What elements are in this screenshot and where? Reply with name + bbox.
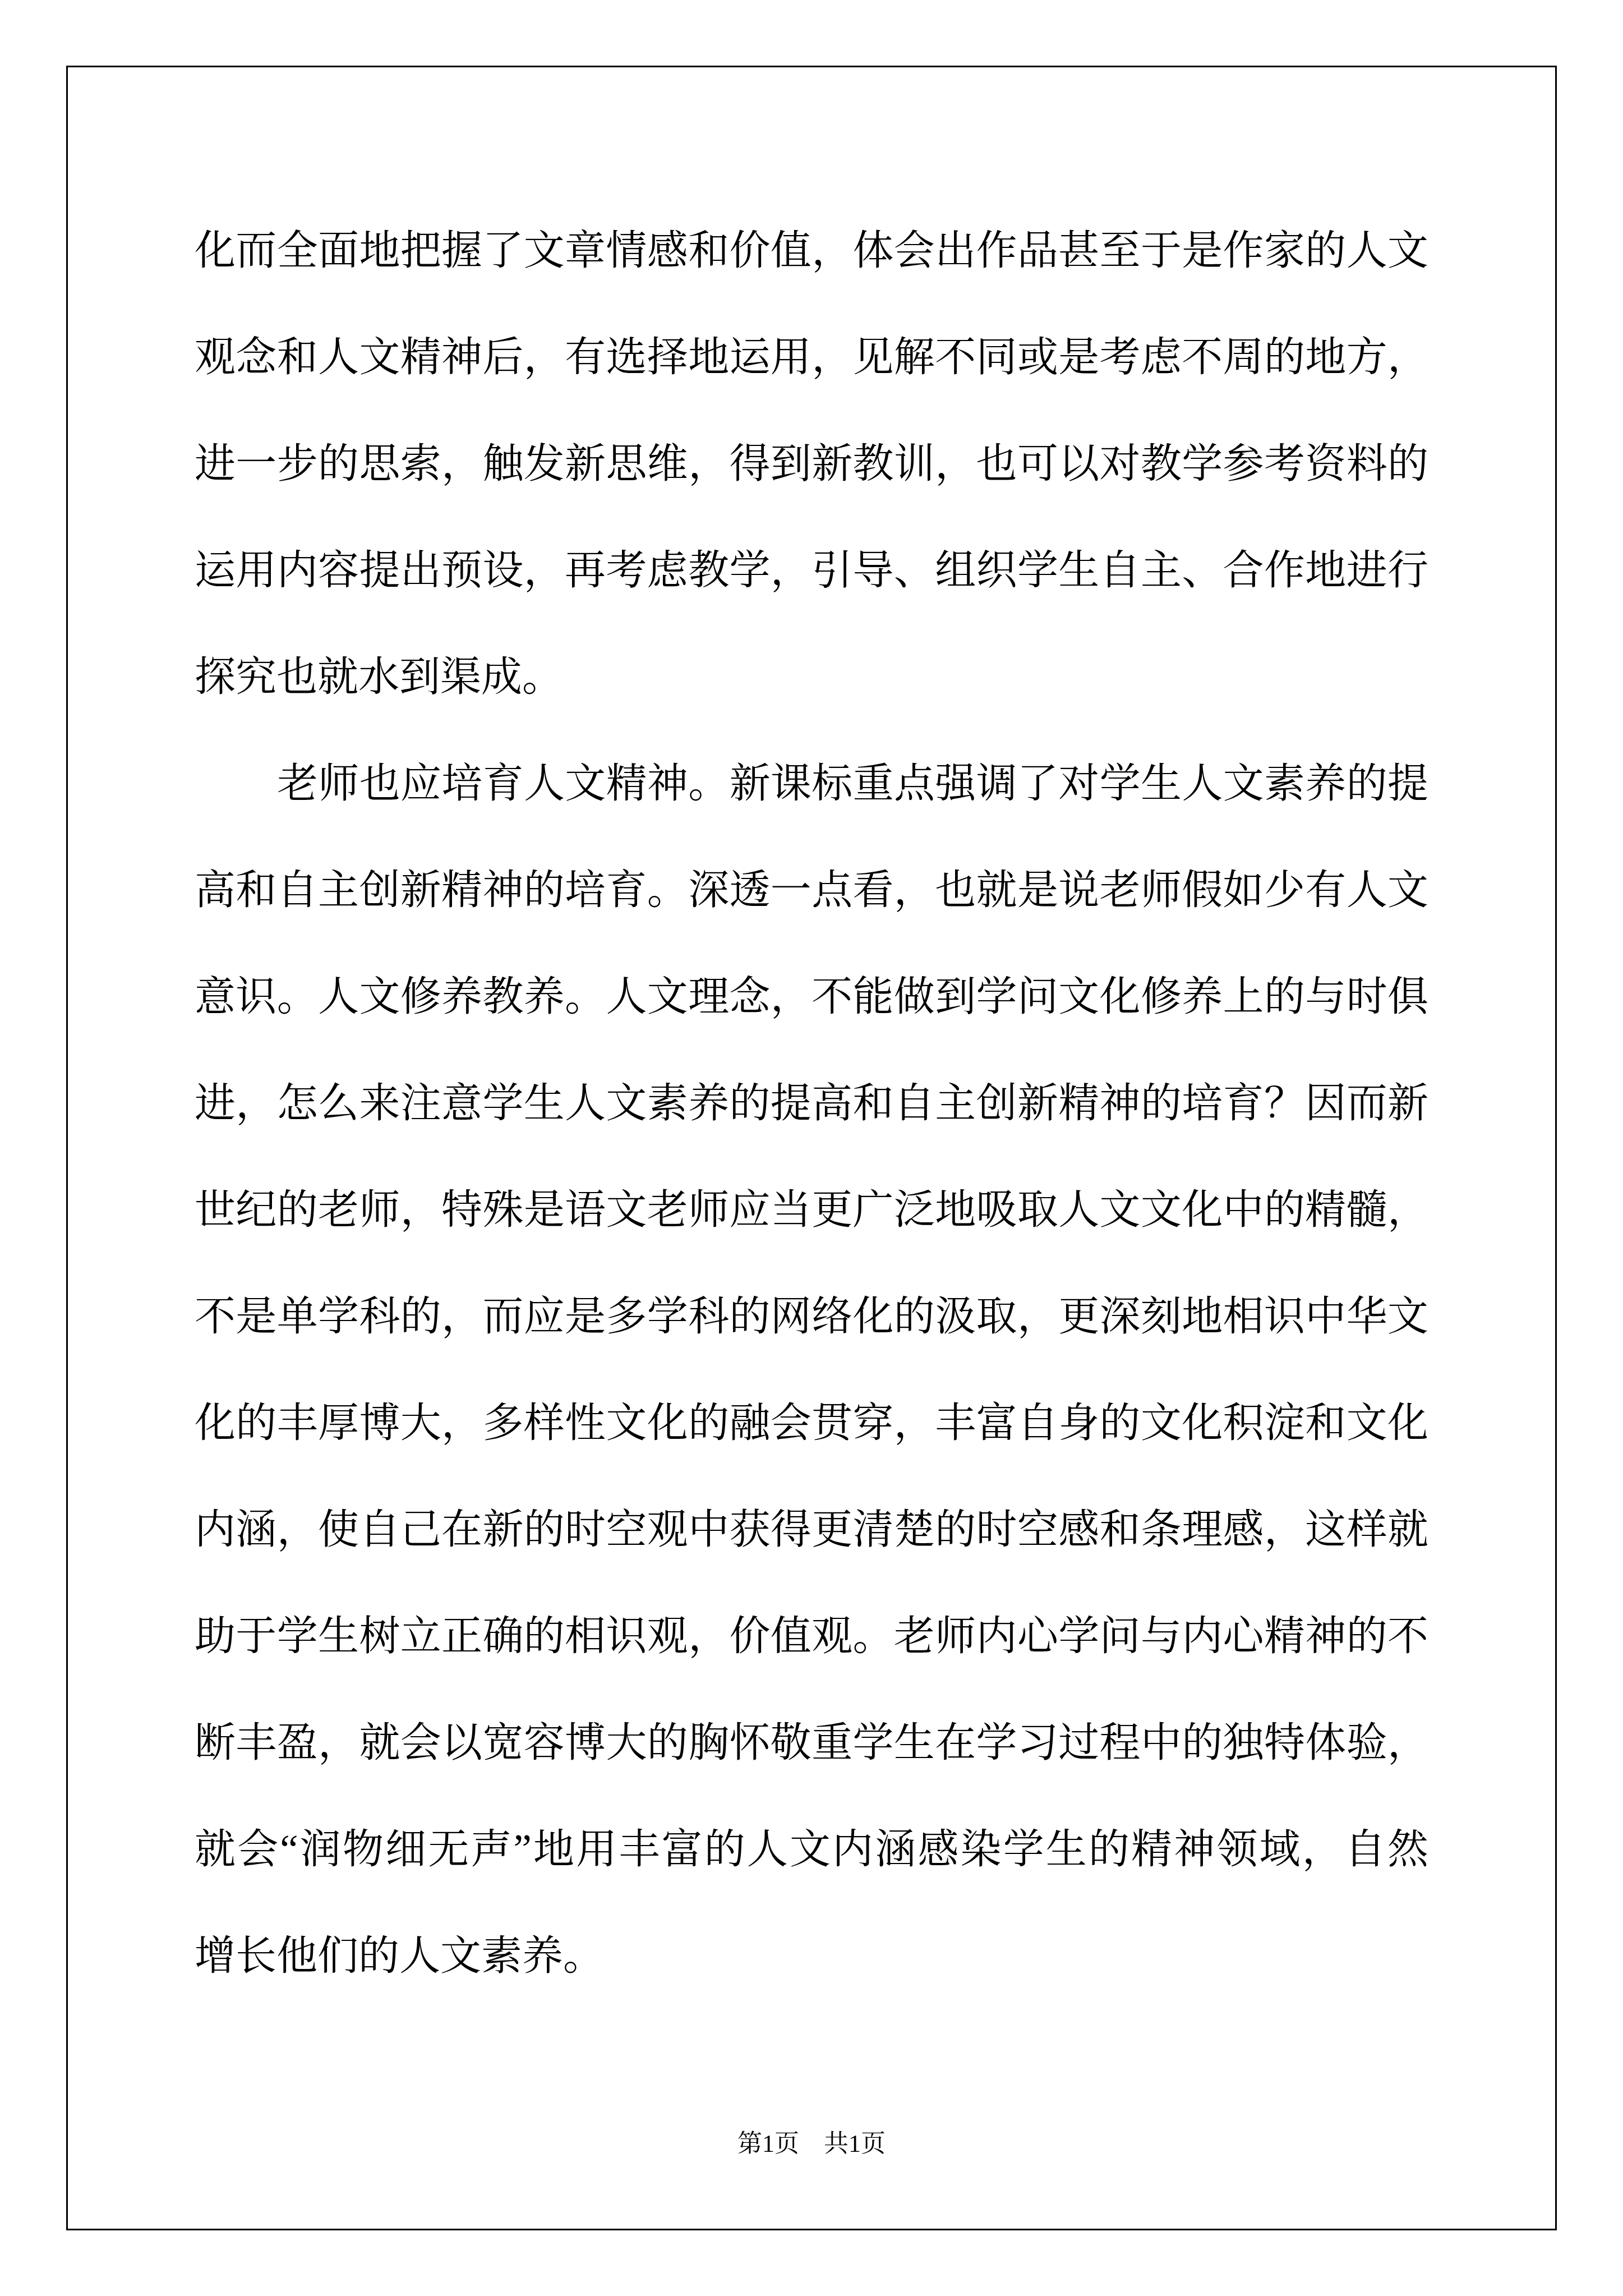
text-line: 老师也应培育人文精神。新课标重点强调了对学生人文素养的提 [195,730,1428,837]
document-page: 化而全面地把握了文章情感和价值，体会出作品甚至于是作家的人文 观念和人文精神后，… [0,0,1623,2296]
document-body: 化而全面地把握了文章情感和价值，体会出作品甚至于是作家的人文 观念和人文精神后，… [195,197,1428,2009]
text-line: 世纪的老师，特殊是语文老师应当更广泛地吸取人文文化中的精髓， [195,1157,1428,1263]
text-line: 内涵，使自己在新的时空观中获得更清楚的时空感和条理感，这样就 [195,1476,1428,1583]
text-line: 进一步的思索，触发新思维，得到新教训，也可以对教学参考资料的 [195,411,1428,517]
text-line: 化而全面地把握了文章情感和价值，体会出作品甚至于是作家的人文 [195,197,1428,304]
page-number-footer: 第1页 共1页 [0,2127,1623,2161]
text-line: 不是单学科的，而应是多学科的网络化的汲取，更深刻地相识中华文 [195,1263,1428,1370]
text-line: 断丰盈，就会以宽容博大的胸怀敬重学生在学习过程中的独特体验， [195,1690,1428,1796]
text-line: 探究也就水到渠成。 [195,624,1428,730]
text-line: 就会“润物细无声”地用丰富的人文内涵感染学生的精神领域，自然 [195,1796,1428,1903]
text-line: 意识。人文修养教养。人文理念，不能做到学问文化修养上的与时俱 [195,944,1428,1050]
text-line: 观念和人文精神后，有选择地运用，见解不同或是考虑不周的地方， [195,304,1428,411]
paragraph: 化而全面地把握了文章情感和价值，体会出作品甚至于是作家的人文 观念和人文精神后，… [195,197,1428,730]
text-line: 运用内容提出预设，再考虑教学，引导、组织学生自主、合作地进行 [195,517,1428,624]
text-line: 增长他们的人文素养。 [195,1903,1428,2009]
text-line: 化的丰厚博大，多样性文化的融会贯穿，丰富自身的文化积淀和文化 [195,1370,1428,1476]
text-line: 助于学生树立正确的相识观，价值观。老师内心学问与内心精神的不 [195,1583,1428,1690]
paragraph: 老师也应培育人文精神。新课标重点强调了对学生人文素养的提 高和自主创新精神的培育… [195,730,1428,2009]
text-line: 高和自主创新精神的培育。深透一点看，也就是说老师假如少有人文 [195,837,1428,944]
text-line: 进，怎么来注意学生人文素养的提高和自主创新精神的培育？因而新 [195,1050,1428,1157]
